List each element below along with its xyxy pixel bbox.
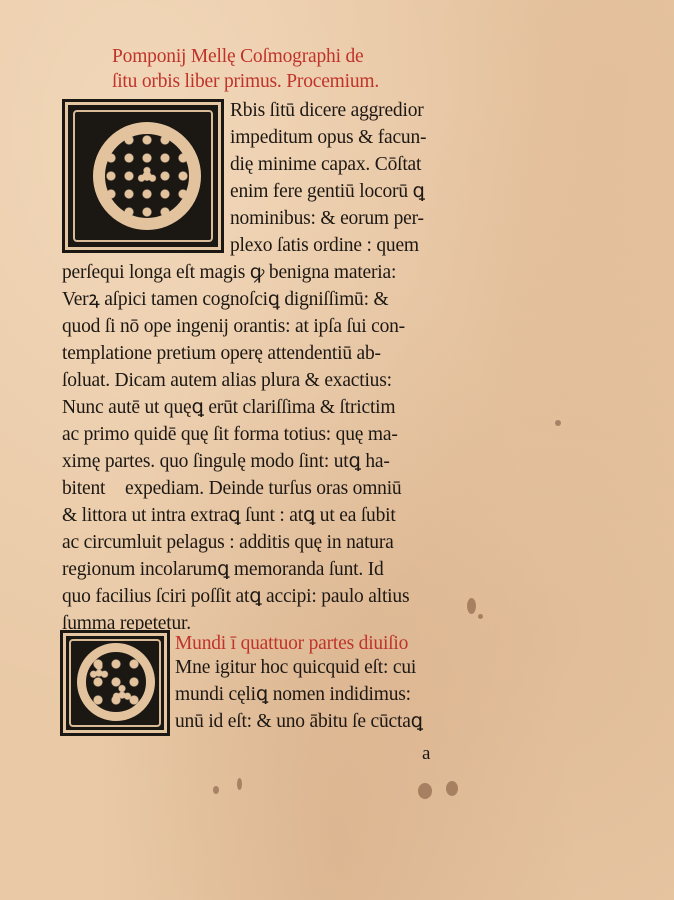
ink-stain	[478, 614, 483, 619]
decorated-initial-o	[62, 99, 224, 253]
text-line: regionum incolarumꝗ memoranda ſunt. Id	[62, 557, 384, 583]
text-line: enim fere gentiū locorū ꝗ	[230, 179, 425, 205]
text-line: Nunc autē ut quęꝗ erūt clariſſima & ſtri…	[62, 395, 395, 421]
ink-stain	[418, 783, 432, 799]
text-line: bitentᷣ expediam. Deinde turſus oras omn…	[62, 476, 401, 502]
text-line: & littora ut intra extraꝗ ſunt : atꝗ ut …	[62, 503, 396, 529]
text-line: nominibus: & eorum per-	[230, 206, 424, 232]
text-line: quod ſi nō ope ingenij orantis: at ipſa …	[62, 314, 405, 340]
ink-stain	[446, 781, 458, 796]
initial-letter-o-shape	[77, 643, 155, 721]
text-line: Mne igitur hoc quicquid eſt: cui	[175, 655, 416, 681]
section-heading: Mundi ī quattuor partes diuiſio	[175, 632, 408, 655]
text-line: templatione pretium operę attendentiū ab…	[62, 341, 381, 367]
text-line: ximę partes. quo ſingulę modo ſint: utꝗ …	[62, 449, 390, 475]
text-line: unū id eſt: & uno ābitu ſe cūctaꝗ	[175, 709, 423, 735]
initial-rosette	[88, 661, 110, 683]
book-page: Pomponij Mellę Coſmographi de ſitu orbis…	[0, 0, 674, 900]
text-line: mundi cęliꝗ nomen indidimus:	[175, 682, 411, 708]
text-line: ac circumluit pelagus : additis quę in n…	[62, 530, 394, 556]
text-line: dię minime capax. Cōſtat	[230, 152, 421, 178]
chapter-heading-line-1: Pomponij Mellę Coſmographi de	[112, 45, 363, 68]
text-line: ſoluat. Dicam autem alias plura & exacti…	[62, 368, 392, 394]
decorated-initial-o-small	[60, 630, 170, 736]
initial-rosette	[136, 165, 158, 187]
ink-stain	[555, 420, 561, 426]
text-line: ac primo quidē quę ſit forma totius: quę…	[62, 422, 398, 448]
ink-stain	[237, 778, 242, 790]
text-line: quo facilius ſciri poſſit atꝗ accipi: pa…	[62, 584, 409, 610]
text-line: Verꝝ aſpici tamen cognoſciꝗ digniſſimū: …	[62, 287, 388, 313]
chapter-heading-line-2: ſitu orbis liber primus. Procemium.	[112, 70, 379, 93]
ink-stain	[467, 598, 476, 614]
text-line: plexo ſatis ordine : quem	[230, 233, 419, 259]
text-line: impeditum opus & facun-	[230, 125, 426, 151]
ink-stain	[213, 786, 219, 794]
text-line: Rbis ſitū dicere aggredior	[230, 98, 424, 124]
signature-mark: a	[422, 743, 430, 765]
initial-rosette	[111, 683, 133, 705]
text-line: perſequi longa eſt magis ꝙ benigna mater…	[62, 260, 396, 286]
